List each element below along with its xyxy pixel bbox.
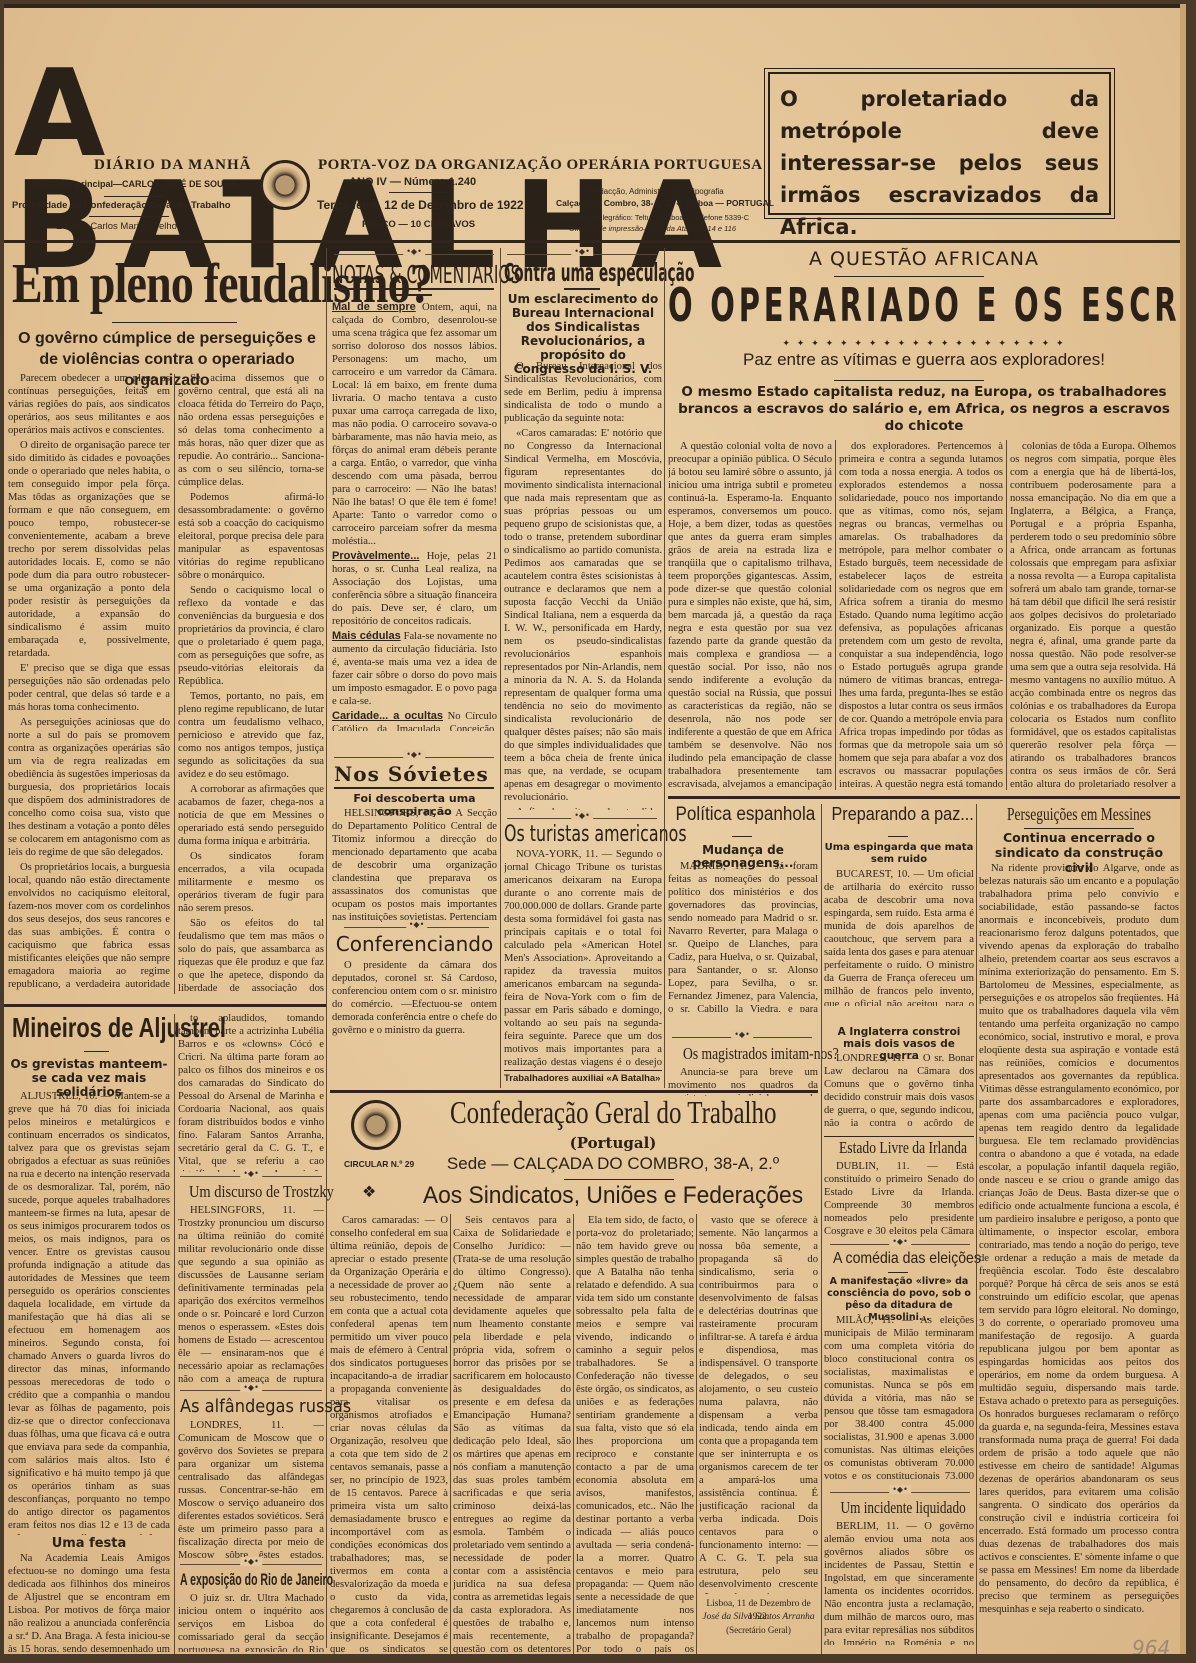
nota-kicker: Provàvelmente... (332, 550, 419, 562)
office-line: Redacção, Administração e Tipografia (589, 187, 724, 196)
owner-line: Propriedade da Confederação Geral do Tra… (12, 200, 231, 211)
column-divider (976, 804, 977, 1654)
headline-exposicao: A exposição do Rio de Janeiro (180, 1570, 333, 1590)
top-border (4, 4, 1186, 8)
divider (834, 380, 984, 381)
paragraph: A corroborar as afirmações que acabamos … (178, 783, 324, 848)
column-divider (174, 1014, 175, 1654)
section-rule (330, 1090, 818, 1093)
headline-cgt: Confederação Geral do Trabalho (450, 1094, 776, 1131)
nota-kicker: Mal de sempre (332, 301, 416, 313)
ornament-icon: ❖ (362, 1182, 376, 1201)
divider (389, 192, 449, 193)
section-rule (4, 1004, 326, 1007)
column-divider (821, 804, 822, 1654)
cgt-signoff-role: (Secretário Geral) (699, 1624, 818, 1637)
daily-label: DIÁRIO DA MANHÃ (94, 157, 252, 174)
ornament-rule (334, 757, 494, 758)
divider (834, 276, 984, 277)
telegraph-line: Endereço telegráfico: Teltuba-Lisboa ◎ T… (562, 213, 749, 222)
nota-text: Ontem, aqui, na calçada do Combro, desen… (332, 302, 497, 547)
divider (104, 196, 164, 197)
ornament-rule (180, 1564, 322, 1565)
nota-text: Hoje, pelas 21 horas, o sr. Cunha Leal r… (332, 551, 497, 627)
newspaper-page: A BATALHA DIÁRIO DA MANHÃ Redactor princ… (4, 4, 1186, 1654)
exposicao-text: O juiz sr. dr. Ultra Machado iniciou ont… (178, 1592, 324, 1652)
divider (89, 216, 169, 217)
festa-title: Uma festa (8, 1536, 170, 1551)
paragraph: O direito de organisação parece ter sido… (8, 439, 170, 660)
column-divider (664, 248, 665, 1088)
headline-magistrados: Os magistrados imitam-nos? (683, 1044, 803, 1064)
divider (564, 288, 600, 290)
column-divider (500, 248, 501, 1088)
paragraph: A fim de evitar mal entendidos declaramo… (504, 806, 662, 810)
aljustrel-col2: to aplaudidos, tomando também parte a ac… (178, 1012, 324, 1172)
tagline: PORTA-VOZ DA ORGANIZAÇÃO OPERÁRIA PORTUG… (318, 157, 763, 174)
divider (84, 1051, 109, 1052)
divider (1024, 828, 1134, 829)
festa-text: Na Academia Leais Amigos efectuou-se no … (8, 1552, 170, 1652)
column-divider (326, 248, 327, 1648)
subhead-africana: Paz entre as vítimas e guerra aos explor… (668, 350, 1180, 370)
alfandegas-text: LONDRES, 11. — Comunicam de Moscow que o… (178, 1419, 324, 1559)
eleicoes-text: MILÃO, 11. — As eleições municipais de M… (824, 1314, 974, 1484)
headline-turistas: Os turistas americanos (504, 822, 687, 847)
paragraph: As perseguições aciniosas que do norte a… (8, 716, 170, 859)
address-line: Calçada do Combro, 38-A, 2.º ◇ Lisboa — … (556, 198, 774, 209)
divider (732, 836, 752, 837)
ornament-rule (830, 1492, 970, 1493)
irlanda-text: DUBLIN, 11. — Está constituído o primeir… (824, 1160, 974, 1240)
divider (334, 288, 494, 290)
ornament-rule (507, 254, 657, 255)
ornament-rule (334, 254, 494, 255)
paragraph: Parecem obedecer a um plano as contínuas… (8, 372, 170, 437)
headline-eleicoes: A comédia das eleições (833, 1250, 965, 1268)
issue-number: ANO IV — Número 1.240 (349, 176, 476, 188)
ornament-rule (672, 1037, 812, 1038)
ornament-rule (180, 1390, 322, 1391)
ornament-rule (180, 1176, 322, 1177)
inglaterra-text: LONDRES, 11. — O sr. Bonar Law declarou … (824, 1052, 974, 1132)
divider (334, 787, 494, 789)
especulacao-text: O Bureau Internacional dos Sindicalistas… (504, 360, 662, 810)
cgt-col2: Seis centavos para a Caixa de Solidaried… (453, 1214, 571, 1654)
aljustrel-text: ALJUSTREL, 10. — Mantem-se a greve que h… (8, 1090, 170, 1535)
column-divider (174, 374, 175, 994)
feudalismo-col1: Parecem obedecer a um plano as contínuas… (8, 372, 170, 992)
paragraph: E' preciso que se diga que essas persegu… (8, 662, 170, 714)
headline-preparando: Preparando a paz... (832, 804, 967, 825)
preparando-text: BUCAREST, 10. — Um oficial de artilharia… (824, 868, 974, 1006)
headline-conferenciando: Conferenciando (332, 932, 497, 956)
divider (112, 322, 237, 323)
cgt-seat: Sede — CALÇADA DO COMBRO, 38-A, 2.º (404, 1154, 822, 1174)
archive-mark: 964 (1132, 1636, 1170, 1654)
africana-col1: A questão colonial volta de novo a preoc… (668, 440, 832, 790)
divider (888, 836, 908, 837)
ornament-dots: ✦ ✦ ✦ ✦ ✦ ✦ ✦ ✦ ✦ ✦ ✦ ✦ ✦ ✦ ✦ ✦ ✦ ✦ ✦ ✦ (774, 339, 1074, 349)
headline-africana: O OPERARIADO E OS ESCRAVOS NEGROS (668, 280, 1186, 330)
conferenciando-text: O presidente da câmara dos deputados, co… (332, 959, 497, 1079)
divider (888, 1272, 908, 1273)
column-divider (573, 1214, 574, 1654)
deck-africana: O mesmo Estado capitalista reduz, na Eur… (668, 384, 1180, 435)
turistas-footer: Trabalhadores auxiliai «A Batalha» (504, 1073, 660, 1084)
paragraph: Sendo o caciquismo local o reflexo da vo… (178, 584, 324, 688)
politica-text: MADRID, 11. — Já foram feitas as nomeaçõ… (668, 860, 818, 1012)
ornament-rule (830, 1244, 970, 1245)
headline-alfandegas: As alfândegas russas (180, 1396, 351, 1417)
feudalismo-col2: Se acima dissemos que o govêrno central,… (178, 372, 324, 992)
nota-item: Caridade... a ocultas No Círculo Católic… (332, 710, 497, 731)
masthead-rule (4, 240, 1186, 243)
divider (824, 1136, 974, 1137)
nota-kicker: Mais cédulas (332, 630, 401, 642)
column-divider (835, 440, 836, 790)
masthead-title: A BATALHA (14, 57, 794, 169)
paragraph: Temos, portanto, no país, em pleno regim… (178, 690, 324, 781)
headline-especulacao: Contra uma especulação (504, 258, 694, 287)
incidente-text: BERLIM, 11. — O govêrno alemão enviou um… (824, 1520, 974, 1645)
headline-politica: Política espanhola (676, 804, 811, 826)
nota-item: Provàvelmente... Hoje, pelas 21 horas, o… (332, 550, 497, 628)
sovietes-text: HELSINGFORS, 11. — A Secção do Departame… (332, 807, 497, 922)
trostzky-text: HELSINGFORS, 11. — Trostzky pronunciou u… (178, 1204, 324, 1384)
cgt-seal-logo (351, 1100, 401, 1150)
cgt-title: Aos Sindicatos, Uniões e Federações (414, 1182, 811, 1210)
price: PREÇO — 10 CENTAVOS (362, 219, 475, 230)
ornament-rule (507, 818, 657, 819)
editor-line: Editor—Carlos Maria Coelho (56, 221, 177, 232)
boxed-quote: O proletariado da metrópole deve interes… (768, 72, 1111, 215)
paragraph: O Bureau Internacional dos Sindicalistas… (504, 360, 662, 425)
cgt-seal-logo (260, 160, 310, 210)
ornament-rule (344, 927, 489, 928)
nota-item: Mais cédulas Fala-se novamente no aument… (332, 630, 497, 708)
section-rule (668, 796, 1180, 799)
headline-sovietes: Nos Sóvietes (334, 762, 489, 786)
headline-notas: NOTAS & COMENTARIOS (332, 260, 520, 289)
cgt-country: (Portugal) (404, 1134, 822, 1152)
turistas-text: NOVA-YORK, 11. — Segundo o jornal Chicag… (504, 848, 662, 1068)
cgt-col1: Caros camaradas: — O conselho confederal… (330, 1214, 448, 1654)
printing-line: Oficinas de impressão—Rua da Atalaia, 11… (569, 224, 736, 233)
africana-col2: dos exploradores. Pertencemos à primeira… (839, 440, 1003, 790)
principal-editor: Redactor principal—CARLOS JOSÉ DE SOUSA (34, 179, 236, 189)
column-divider (1006, 440, 1007, 790)
paragraph: Os sindicatos foram encerrados, a vila o… (178, 850, 324, 915)
headline-trostzky: Um discurso de Trostzky (189, 1182, 313, 1202)
paragraph: «Caros camaradas: E' notório que no Cong… (504, 427, 662, 804)
messines-text: Na ridente provincia do Algarve, onde as… (979, 862, 1179, 1642)
cgt-signoff-name: José da Silva Santos Arranha (699, 1611, 818, 1624)
column-divider (450, 1214, 451, 1654)
paragraph: São os efeitos do tal feudalismo que tem… (178, 917, 324, 992)
subhead-preparando: Uma espingarda que mata sem ruido (824, 842, 974, 866)
headline-irlanda: Estado Livre da Irlanda (839, 1138, 959, 1158)
paragraph: Os proprietários locais, a burguesia loc… (8, 861, 170, 992)
notas-body: Mal de sempre Ontem, aqui, na calçada do… (332, 301, 497, 731)
africana-col3: colonias de tôda a Europa. Olhemos os ne… (1010, 440, 1176, 790)
headline-incidente: Um incidente liquidado (841, 1498, 958, 1518)
divider (504, 1070, 662, 1071)
headline-messines: Perseguições em Messines (1004, 804, 1154, 825)
issue-date: Terça-feira, 12 de Dezembro de 1922 (317, 198, 524, 212)
cgt-col4: vasto que se oferece à semente. Não lanç… (699, 1214, 818, 1594)
kicker-africana: A QUESTÃO AFRICANA (668, 248, 1180, 270)
cgt-col3: Ela tem sido, de facto, o porta-voz do p… (576, 1214, 694, 1654)
divider (396, 294, 432, 296)
nota-kicker: Caridade... a ocultas (332, 710, 443, 722)
nota-item: Mal de sempre Ontem, aqui, na calçada do… (332, 301, 497, 548)
paragraph: Se acima dissemos que o govêrno central,… (178, 372, 324, 489)
column-divider (696, 1214, 697, 1654)
nota-text: Fala-se novamente no aumento da circulaç… (332, 631, 497, 707)
divider (564, 1179, 674, 1180)
paragraph: Podemos afirmá-lo desassombradamente: o … (178, 491, 324, 582)
